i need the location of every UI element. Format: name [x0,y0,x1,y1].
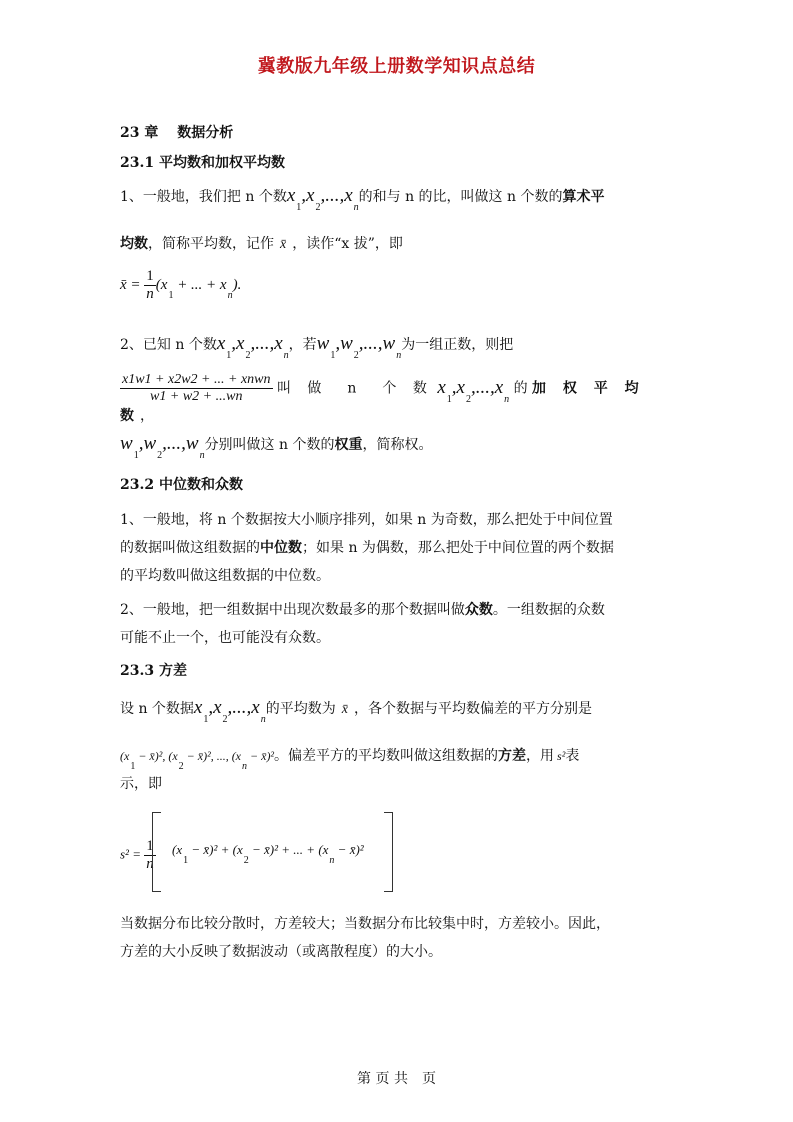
text: ，用 [526,748,554,764]
text: ，简称权。 [362,437,432,453]
text: 叫 做 n 个 数 [277,381,433,397]
text: 设 n 个数据 [120,701,194,717]
math-deviations: (x1 − x̄)², (x2 − x̄)², ..., (xn − x̄)² [120,749,274,763]
math-x-sequence: x1,x2,...,xn [194,697,266,718]
paragraph-weighted-intro: 2、已知 n 个数x1,x2,...,xn，若w1,w2,...,wn为一组正数… [120,334,680,357]
fraction-denominator: w1 + w2 + ...wn [120,389,273,405]
text: ，各个数据与平均数偏差的平方分别是 [354,701,592,717]
section-heading-23-2: 23.2 中位数和众数 [120,474,243,494]
paragraph-variance-meaning: 当数据分布比较分散时，方差较大；当数据分布比较集中时，方差较小。因此， 方差的大… [120,910,680,966]
paragraph-arithmetic-mean-cont: 均数，简称平均数，记作x̄，读作“x 拔”，即 [120,234,403,255]
math-x-sequence: x1,x2,...,xn [287,185,359,206]
term-bold: 众数 [465,602,493,618]
paragraph-weighted-mean: x1w1 + x2w2 + ... + xnwn w1 + w2 + ...wn… [120,372,680,425]
text: ，若 [289,337,317,353]
text: 的 [514,381,528,397]
text: ；如果 n 为偶数，那么把处于中间位置的两个数据 [302,540,614,556]
text: 的数据叫做这组数据的 [120,540,260,556]
text: 表 [565,748,579,764]
text: 的平均数为 [266,701,336,717]
paragraph-mode: 2、一般地，把一组数据中出现次数最多的那个数据叫做众数。一组数据的众数 可能不止… [120,596,680,652]
term-bold: 中位数 [260,540,302,556]
fraction: 1n [144,268,156,303]
math-xbar: x̄ [342,702,348,717]
math-w-sequence: w1,w2,...,wn [120,433,205,454]
formula-variance: s² = 1n [120,838,156,873]
term-bold: 方差 [498,748,526,764]
text: ，简称平均数，记作 [148,236,274,252]
text: ， [140,408,154,424]
math-xbar: x̄ [280,237,286,252]
term-bold: 权重 [334,437,362,453]
formula-variance-body: (x1 − x̄)² + (x2 − x̄)² + ... + (xn − x̄… [172,842,364,858]
text: 当数据分布比较分散时，方差较大；当数据分布比较集中时，方差较小。因此， [120,910,680,938]
text: 可能不止一个，也可能没有众数。 [120,624,680,652]
math-s-squared: s² [554,749,565,763]
text: 2、已知 n 个数 [120,337,217,353]
text: 1、一般地，将 n 个数据按大小顺序排列，如果 n 为奇数，那么把处于中间位置 [120,506,680,534]
text: 的和与 n 的比，叫做这 n 个数的 [359,189,563,205]
text: 方差的大小反映了数据波动（或离散程度）的大小。 [120,938,680,966]
paragraph-median: 1、一般地，将 n 个数据按大小顺序排列，如果 n 为奇数，那么把处于中间位置 … [120,506,680,590]
fraction-numerator: x1w1 + x2w2 + ... + xnwn [120,372,273,389]
paragraph-variance-def: (x1 − x̄)², (x2 − x̄)², ..., (xn − x̄)²。… [120,746,680,768]
section-heading-23-1: 23.1 平均数和加权平均数 [120,152,285,172]
paragraph-arithmetic-mean: 1、一般地，我们把 n 个数x1,x2,...,xn的和与 n 的比，叫做这 n… [120,186,680,209]
math-x-sequence: x1,x2,...,xn [217,333,289,354]
text: ，读作“x 拔”，即 [292,236,403,252]
text: 2、一般地，把一组数据中出现次数最多的那个数据叫做 [120,602,465,618]
text: 为一组正数，则把 [401,337,513,353]
math-x-sequence: x1,x2,...,xn [437,377,509,398]
chapter-heading: 23 章 数据分析 [120,122,233,142]
paragraph-weights: w1,w2,...,wn分别叫做这 n 个数的权重，简称权。 [120,434,432,457]
section-heading-23-3: 23.3 方差 [120,660,187,680]
term-bold: 均数 [120,236,148,252]
term-bold: 算术平 [562,189,604,205]
text: 。偏差平方的平均数叫做这组数据的 [274,748,498,764]
page-footer: 第 页 共 页 [0,1068,793,1088]
left-bracket [152,812,161,892]
document-title: 冀教版九年级上册数学知识点总结 [0,52,793,78]
text: 1、一般地，我们把 n 个数 [120,189,287,205]
formula-mean: x̄ = 1n(x1 + ... + xn). [120,268,241,303]
formula-weighted-mean: x1w1 + x2w2 + ... + xnwn w1 + w2 + ...wn [120,372,273,405]
right-bracket [384,812,393,892]
text: 。一组数据的众数 [493,602,605,618]
text: 的平均数叫做这组数据的中位数。 [120,562,680,590]
math-w-sequence: w1,w2,...,wn [317,333,402,354]
text: 分别叫做这 n 个数的 [205,437,335,453]
text: 示，即 [120,774,162,794]
paragraph-variance-intro: 设 n 个数据x1,x2,...,xn的平均数为x̄，各个数据与平均数偏差的平方… [120,698,680,721]
